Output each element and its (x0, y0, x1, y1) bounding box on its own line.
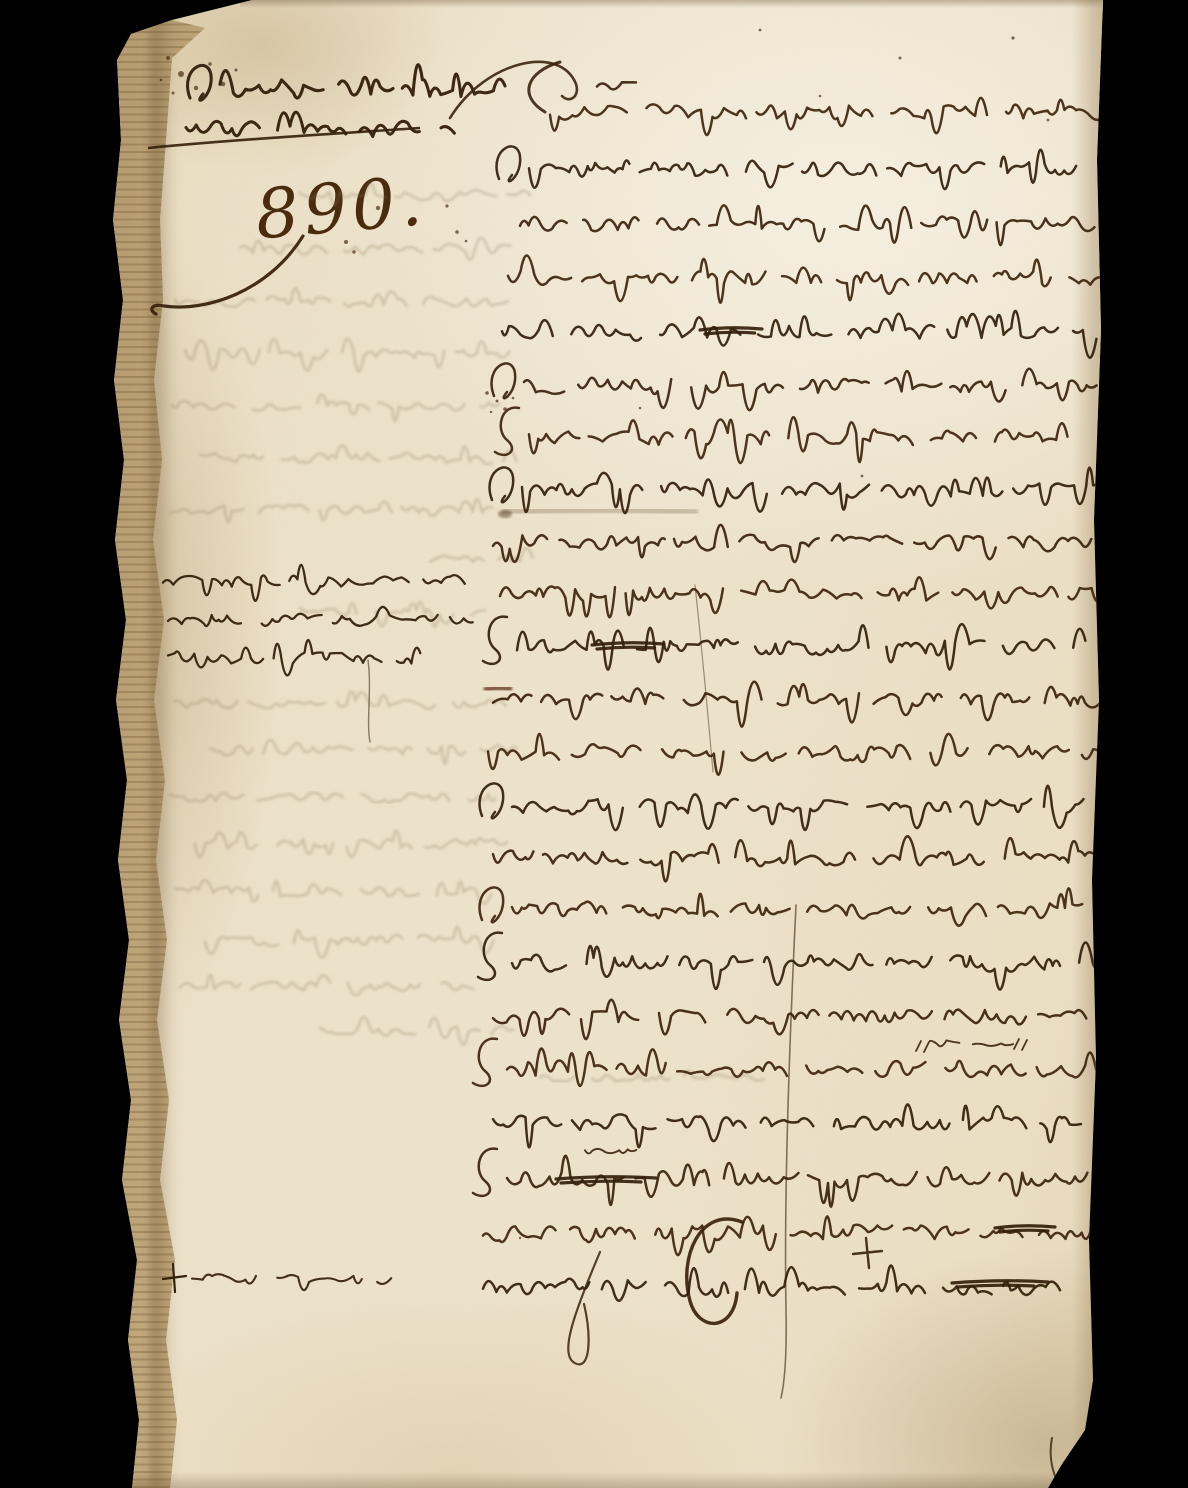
ink-speck (490, 411, 492, 413)
ink-speck (819, 95, 822, 98)
ink-speck (376, 206, 380, 210)
ink-speck (639, 407, 642, 410)
ink-speck (160, 79, 163, 82)
ink-speck (512, 397, 515, 400)
ink-speck (1047, 119, 1050, 122)
ink-speck (899, 57, 902, 60)
ink-speck (235, 69, 238, 72)
ink-speck (445, 204, 448, 207)
ink-speck (496, 400, 499, 403)
folio-number: 890. (252, 162, 430, 256)
ink-speck (344, 240, 348, 244)
ink-speck (194, 86, 198, 90)
manuscript-page: 890. (0, 0, 1188, 1488)
ink-speck (221, 82, 226, 87)
ink-speck (166, 56, 170, 60)
ink-speck (465, 240, 468, 243)
ink-speck (208, 62, 211, 65)
margin-red-smudge (484, 688, 512, 690)
ink-smudge-streak (502, 510, 698, 514)
ink-speck (178, 71, 184, 77)
ink-speck (759, 29, 762, 32)
ink-speck (519, 1237, 521, 1239)
ink-speck (352, 250, 355, 253)
ink-smudge-tip (498, 510, 512, 518)
ink-speck (455, 230, 459, 234)
ink-speck (503, 407, 507, 411)
manuscript-photo: 890. (0, 0, 1188, 1488)
ink-layer: 890. (0, 0, 1188, 1488)
ink-speck (485, 391, 489, 395)
ink-speck (861, 475, 864, 478)
ink-speck (172, 92, 175, 95)
ink-speck (1011, 36, 1014, 39)
